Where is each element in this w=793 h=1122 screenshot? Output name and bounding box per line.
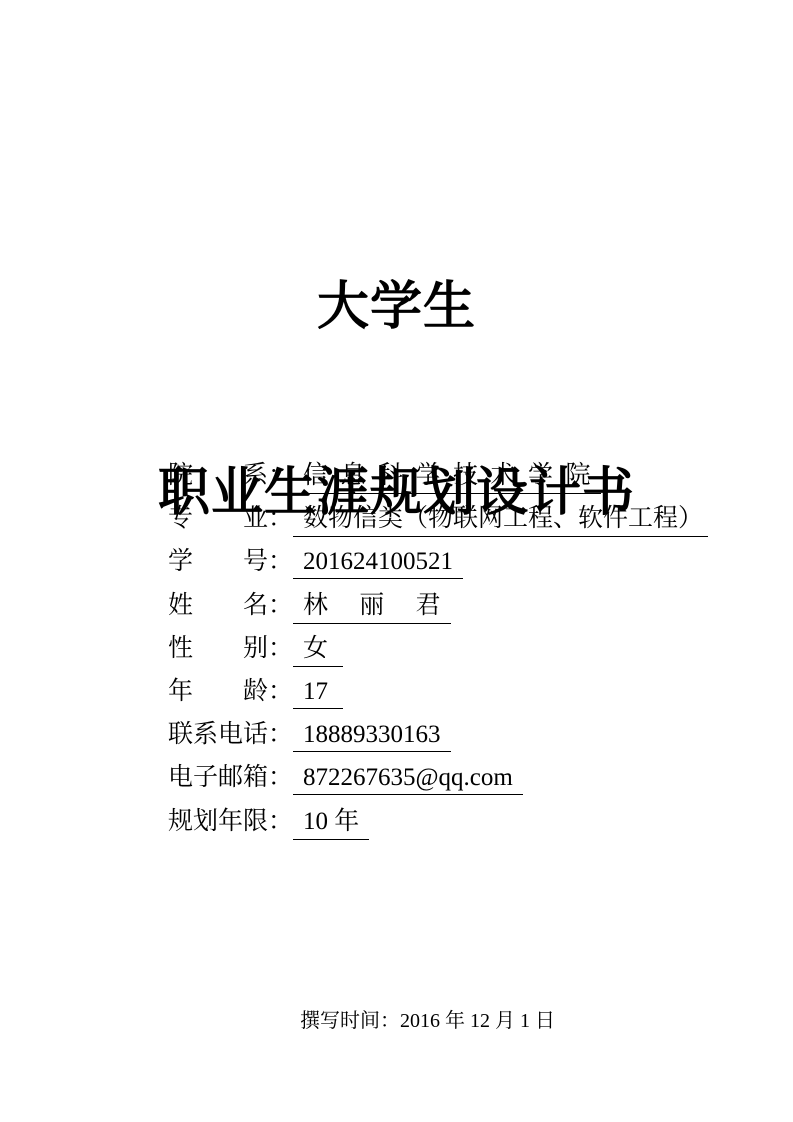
- form-row-email: 电子邮箱 ： 872267635@qq.com: [168, 756, 708, 799]
- field-colon: ：: [268, 540, 293, 583]
- field-colon: ：: [268, 756, 293, 799]
- gender-value: 女: [293, 628, 343, 667]
- form-row-plan-duration: 规划年限 ： 10 年: [168, 800, 708, 843]
- writing-date-line: 撰写时间：2016 年 12 月 1 日: [21, 979, 793, 1063]
- field-colon: ：: [268, 713, 293, 756]
- major-label: 专 业: [168, 497, 268, 540]
- field-colon: ：: [268, 584, 293, 627]
- age-label: 年 龄: [168, 670, 268, 713]
- plan-duration-value: 10 年: [293, 801, 369, 840]
- form-row-student-id: 学 号 ： 201624100521: [168, 540, 708, 583]
- phone-label: 联系电话: [168, 713, 268, 756]
- form-row-gender: 性 别 ： 女: [168, 627, 708, 670]
- form-row-age: 年 龄 ： 17: [168, 670, 708, 713]
- cover-info-form: 院 系 ： 信 息 科 学 技 术 学 院 专 业 ： 数物信类（物联网工程、软…: [168, 454, 708, 843]
- age-value: 17: [293, 678, 343, 709]
- document-page: 大学生 职业生涯规划设计书 院 系 ： 信 息 科 学 技 术 学 院 专 业 …: [0, 0, 793, 1122]
- student-id-value: 201624100521: [293, 548, 463, 579]
- gender-label: 性 别: [168, 627, 268, 670]
- department-value: 信 息 科 学 技 术 学 院: [293, 455, 601, 494]
- field-colon: ：: [268, 454, 293, 497]
- field-colon: ：: [268, 497, 293, 540]
- title-line-1: 大学生: [0, 276, 793, 338]
- form-row-name: 姓 名 ： 林 丽 君: [168, 584, 708, 627]
- major-value: 数物信类（物联网工程、软件工程）: [293, 498, 708, 537]
- writing-date-text: 撰写时间：2016 年 12 月 1 日: [300, 1010, 555, 1032]
- form-row-major: 专 业 ： 数物信类（物联网工程、软件工程）: [168, 497, 708, 540]
- form-row-department: 院 系 ： 信 息 科 学 技 术 学 院: [168, 454, 708, 497]
- department-label: 院 系: [168, 454, 268, 497]
- form-row-phone: 联系电话 ： 18889330163: [168, 713, 708, 756]
- phone-value: 18889330163: [293, 721, 451, 752]
- student-id-label: 学 号: [168, 540, 268, 583]
- email-label: 电子邮箱: [168, 756, 268, 799]
- field-colon: ：: [268, 800, 293, 843]
- field-colon: ：: [268, 627, 293, 670]
- email-value: 872267635@qq.com: [293, 764, 523, 795]
- field-colon: ：: [268, 670, 293, 713]
- name-value: 林 丽 君: [293, 585, 451, 624]
- plan-duration-label: 规划年限: [168, 800, 268, 843]
- name-label: 姓 名: [168, 584, 268, 627]
